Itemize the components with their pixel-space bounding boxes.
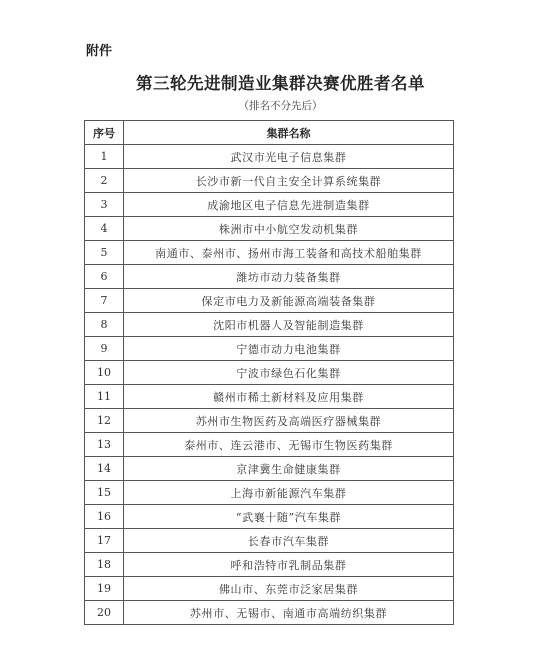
cluster-name: 长春市汽车集群 — [124, 529, 454, 553]
row-number: 7 — [85, 289, 124, 313]
document-title: 第三轮先进制造业集群决赛优胜者名单 — [0, 70, 551, 94]
table-row: 19佛山市、东莞市泛家居集群 — [85, 577, 454, 601]
row-number: 6 — [85, 265, 124, 289]
row-number: 16 — [85, 505, 124, 529]
table-row: 4株洲市中小航空发动机集群 — [85, 217, 454, 241]
cluster-name: 保定市电力及新能源高端装备集群 — [124, 289, 454, 313]
row-number: 18 — [85, 553, 124, 577]
cluster-name: 长沙市新一代自主安全计算系统集群 — [124, 169, 454, 193]
table-row: 17长春市汽车集群 — [85, 529, 454, 553]
table-row: 6潍坊市动力装备集群 — [85, 265, 454, 289]
row-number: 12 — [85, 409, 124, 433]
table-row: 10宁波市绿色石化集群 — [85, 361, 454, 385]
header-number: 序号 — [85, 121, 124, 145]
cluster-name: 沈阳市机器人及智能制造集群 — [124, 313, 454, 337]
cluster-name: 南通市、泰州市、扬州市海工装备和高技术船舶集群 — [124, 241, 454, 265]
table-row: 11赣州市稀土新材料及应用集群 — [85, 385, 454, 409]
table-row: 16“武襄十随”汽车集群 — [85, 505, 454, 529]
document-subtitle: （排名不分先后） — [0, 98, 551, 113]
row-number: 5 — [85, 241, 124, 265]
row-number: 13 — [85, 433, 124, 457]
table-row: 14京津冀生命健康集群 — [85, 457, 454, 481]
row-number: 4 — [85, 217, 124, 241]
table-row: 18呼和浩特市乳制品集群 — [85, 553, 454, 577]
table-row: 1武汉市光电子信息集群 — [85, 145, 454, 169]
row-number: 14 — [85, 457, 124, 481]
table-row: 15上海市新能源汽车集群 — [85, 481, 454, 505]
table-row: 7保定市电力及新能源高端装备集群 — [85, 289, 454, 313]
cluster-name: 株洲市中小航空发动机集群 — [124, 217, 454, 241]
cluster-name: 呼和浩特市乳制品集群 — [124, 553, 454, 577]
row-number: 9 — [85, 337, 124, 361]
cluster-name: 成渝地区电子信息先进制造集群 — [124, 193, 454, 217]
cluster-name: “武襄十随”汽车集群 — [124, 505, 454, 529]
table-row: 5南通市、泰州市、扬州市海工装备和高技术船舶集群 — [85, 241, 454, 265]
table-row: 13泰州市、连云港市、无锡市生物医药集群 — [85, 433, 454, 457]
row-number: 8 — [85, 313, 124, 337]
cluster-name: 宁波市绿色石化集群 — [124, 361, 454, 385]
table-row: 2长沙市新一代自主安全计算系统集群 — [85, 169, 454, 193]
table-row: 20苏州市、无锡市、南通市高端纺织集群 — [85, 601, 454, 625]
row-number: 20 — [85, 601, 124, 625]
cluster-name: 上海市新能源汽车集群 — [124, 481, 454, 505]
attachment-label: 附件 — [86, 40, 112, 59]
row-number: 10 — [85, 361, 124, 385]
cluster-name: 潍坊市动力装备集群 — [124, 265, 454, 289]
cluster-name: 武汉市光电子信息集群 — [124, 145, 454, 169]
winners-table: 序号 集群名称 1武汉市光电子信息集群 2长沙市新一代自主安全计算系统集群 3成… — [84, 120, 454, 625]
cluster-name: 佛山市、东莞市泛家居集群 — [124, 577, 454, 601]
row-number: 11 — [85, 385, 124, 409]
row-number: 19 — [85, 577, 124, 601]
cluster-name: 京津冀生命健康集群 — [124, 457, 454, 481]
row-number: 1 — [85, 145, 124, 169]
row-number: 15 — [85, 481, 124, 505]
table-row: 3成渝地区电子信息先进制造集群 — [85, 193, 454, 217]
row-number: 17 — [85, 529, 124, 553]
table-row: 9宁德市动力电池集群 — [85, 337, 454, 361]
cluster-name: 宁德市动力电池集群 — [124, 337, 454, 361]
cluster-name: 苏州市、无锡市、南通市高端纺织集群 — [124, 601, 454, 625]
header-cluster-name: 集群名称 — [124, 121, 454, 145]
row-number: 2 — [85, 169, 124, 193]
cluster-name: 赣州市稀土新材料及应用集群 — [124, 385, 454, 409]
cluster-name: 苏州市生物医药及高端医疗器械集群 — [124, 409, 454, 433]
table-row: 12苏州市生物医药及高端医疗器械集群 — [85, 409, 454, 433]
table-row: 8沈阳市机器人及智能制造集群 — [85, 313, 454, 337]
row-number: 3 — [85, 193, 124, 217]
cluster-name: 泰州市、连云港市、无锡市生物医药集群 — [124, 433, 454, 457]
table-header-row: 序号 集群名称 — [85, 121, 454, 145]
